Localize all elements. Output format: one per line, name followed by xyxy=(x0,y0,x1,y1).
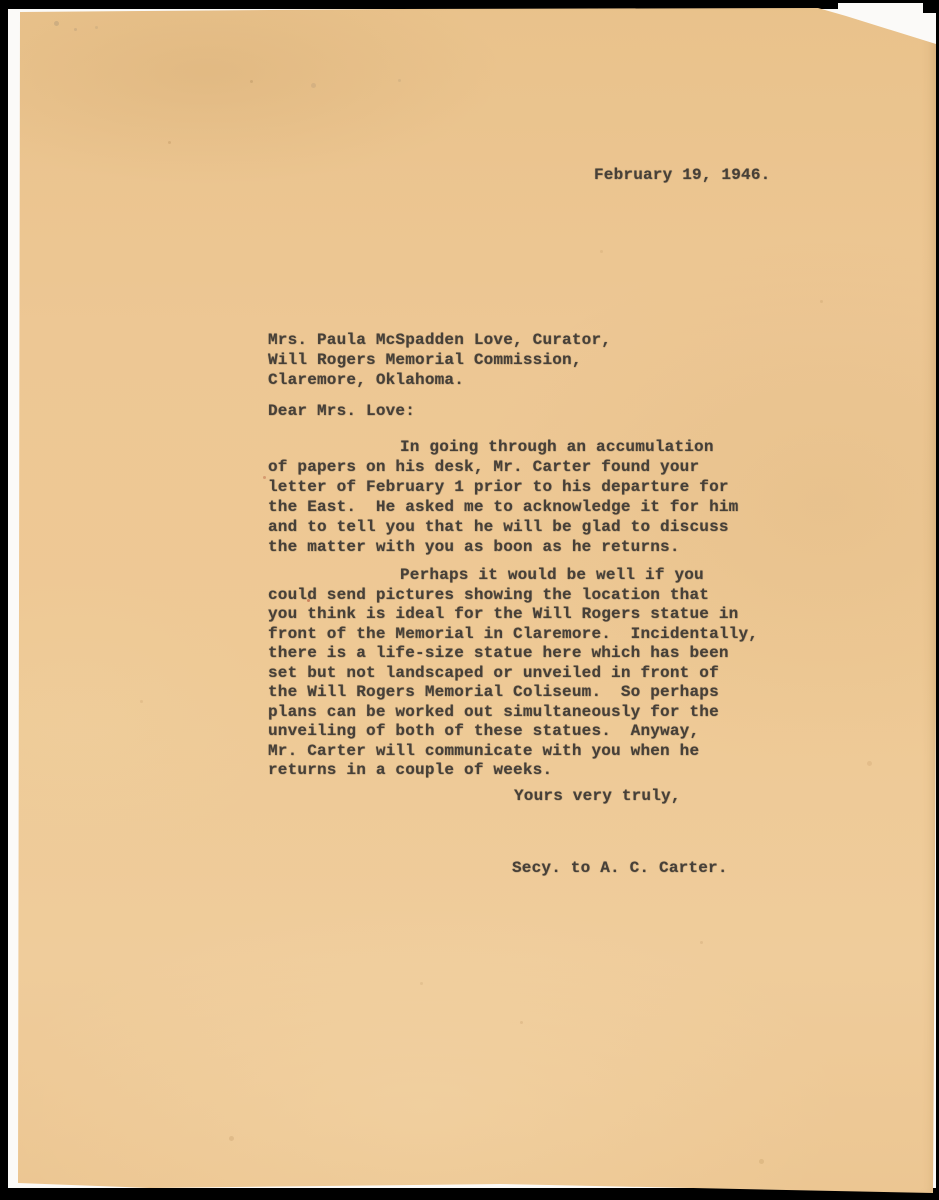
paragraph-2: Perhaps it would be well if you could se… xyxy=(268,566,758,781)
paragraph-1-line: In going through an accumulation xyxy=(268,437,738,457)
recipient-org-line: Will Rogers Memorial Commission, xyxy=(268,350,611,370)
paragraph-1-line: and to tell you that he will be glad to … xyxy=(268,517,738,537)
recipient-city-line: Claremore, Oklahoma. xyxy=(268,370,611,390)
paragraph-2-line: Perhaps it would be well if you xyxy=(268,566,758,586)
closing-valediction: Yours very truly, xyxy=(514,786,681,806)
paragraph-1-line: the East. He asked me to acknowledge it … xyxy=(268,497,738,517)
paragraph-2-line: there is a life-size statue here which h… xyxy=(268,644,758,664)
paragraph-2-line: front of the Memorial in Claremore. Inci… xyxy=(268,625,758,645)
paragraph-2-line: unveiling of both of these statues. Anyw… xyxy=(268,722,758,742)
salutation: Dear Mrs. Love: xyxy=(268,401,415,421)
paragraph-2-line: set but not landscaped or unveiled in fr… xyxy=(268,664,758,684)
paragraph-1: In going through an accumulation of pape… xyxy=(268,437,738,557)
recipient-address: Mrs. Paula McSpadden Love, Curator, Will… xyxy=(268,330,611,390)
scan-corner-mark xyxy=(923,0,939,13)
date-line: February 19, 1946. xyxy=(594,165,770,185)
paragraph-1-line: the matter with you as boon as he return… xyxy=(268,537,738,557)
paragraph-2-line: you think is ideal for the Will Rogers s… xyxy=(268,605,758,625)
signature-line: Secy. to A. C. Carter. xyxy=(512,858,728,878)
paragraph-2-line: plans can be worked out simultaneously f… xyxy=(268,703,758,723)
letter-body: February 19, 1946. Mrs. Paula McSpadden … xyxy=(0,0,939,1200)
scanned-letter-page: February 19, 1946. Mrs. Paula McSpadden … xyxy=(0,0,939,1200)
paragraph-2-line: the Will Rogers Memorial Coliseum. So pe… xyxy=(268,683,758,703)
paragraph-2-line: returns in a couple of weeks. xyxy=(268,761,758,781)
scan-frame-top xyxy=(0,0,838,9)
paragraph-2-line: could send pictures showing the location… xyxy=(268,586,758,606)
letter-paper: February 19, 1946. Mrs. Paula McSpadden … xyxy=(0,0,939,1200)
paragraph-1-line: letter of February 1 prior to his depart… xyxy=(268,477,738,497)
recipient-name-line: Mrs. Paula McSpadden Love, Curator, xyxy=(268,330,611,350)
date-text: February 19, 1946. xyxy=(594,165,770,185)
paragraph-1-line: of papers on his desk, Mr. Carter found … xyxy=(268,457,738,477)
paragraph-2-line: Mr. Carter will communicate with you whe… xyxy=(268,742,758,762)
